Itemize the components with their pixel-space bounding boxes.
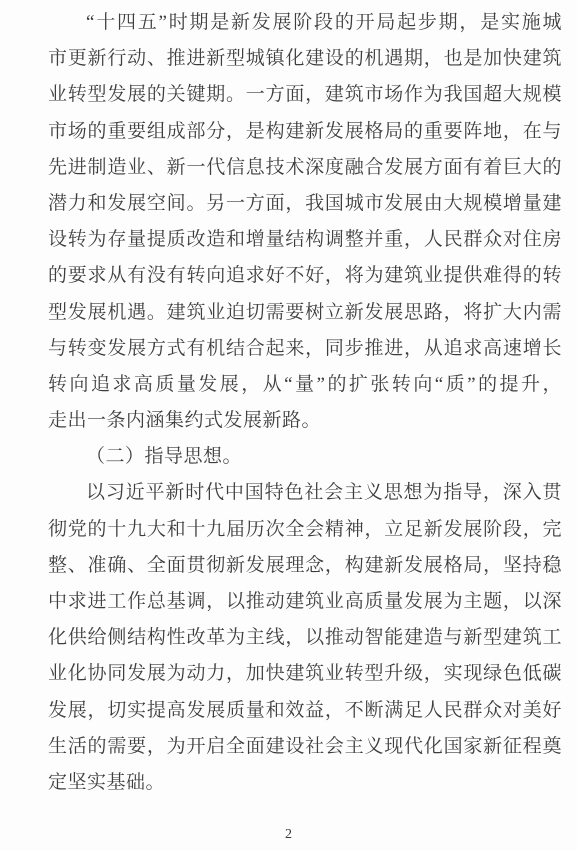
text-line: 设转为存量提质改造和增量结构调整并重，人民群众对住房 <box>48 222 562 258</box>
text-line: 中求进工作总基调，以推动建筑业高质量发展为主题，以深 <box>48 584 562 620</box>
text-line: 潜力和发展空间。另一方面，我国城市发展由大规模增量建 <box>48 186 562 222</box>
text-line: 整、准确、全面贯彻新发展理念，构建新发展格局，坚持稳 <box>48 548 562 584</box>
page-number: 2 <box>0 827 577 843</box>
text-line: 业转型发展的关键期。一方面，建筑市场作为我国超大规模 <box>48 77 562 113</box>
text-line: 与转变发展方式有机结合起来，同步推进，从追求高速增长 <box>48 331 562 367</box>
text-line: 彻党的十九大和十九届历次全会精神，立足新发展阶段，完 <box>48 512 562 548</box>
text-line: “十四五”时期是新发展阶段的开局起步期，是实施城 <box>48 5 562 41</box>
text-line: 走出一条内涵集约式发展新路。 <box>48 403 562 439</box>
text-line: 生活的需要，为开启全面建设社会主义现代化国家新征程奠 <box>48 729 562 765</box>
document-page: “十四五”时期是新发展阶段的开局起步期，是实施城 市更新行动、推进新型城镇化建设… <box>0 0 577 851</box>
text-line: 发展，切实提高发展质量和效益，不断满足人民群众对美好 <box>48 693 562 729</box>
text-line: 以习近平新时代中国特色社会主义思想为指导，深入贯 <box>48 475 562 511</box>
text-line: 转向追求高质量发展，从“量”的扩张转向“质”的提升， <box>48 367 562 403</box>
text-line: 的要求从有没有转向追求好不好，将为建筑业提供难得的转 <box>48 258 562 294</box>
text-line: 先进制造业、新一代信息技术深度融合发展方面有着巨大的 <box>48 150 562 186</box>
text-line: 业化协同发展为动力，加快建筑业转型升级，实现绿色低碳 <box>48 656 562 692</box>
text-line: 市更新行动、推进新型城镇化建设的机遇期，也是加快建筑 <box>48 41 562 77</box>
section-heading: （二）指导思想。 <box>48 439 562 475</box>
text-line: 定坚实基础。 <box>48 765 562 801</box>
text-line: 市场的重要组成部分，是构建新发展格局的重要阵地，在与 <box>48 114 562 150</box>
text-block: “十四五”时期是新发展阶段的开局起步期，是实施城 市更新行动、推进新型城镇化建设… <box>48 5 562 801</box>
text-line: 型发展机遇。建筑业迫切需要树立新发展思路，将扩大内需 <box>48 295 562 331</box>
text-line: 化供给侧结构性改革为主线，以推动智能建造与新型建筑工 <box>48 620 562 656</box>
